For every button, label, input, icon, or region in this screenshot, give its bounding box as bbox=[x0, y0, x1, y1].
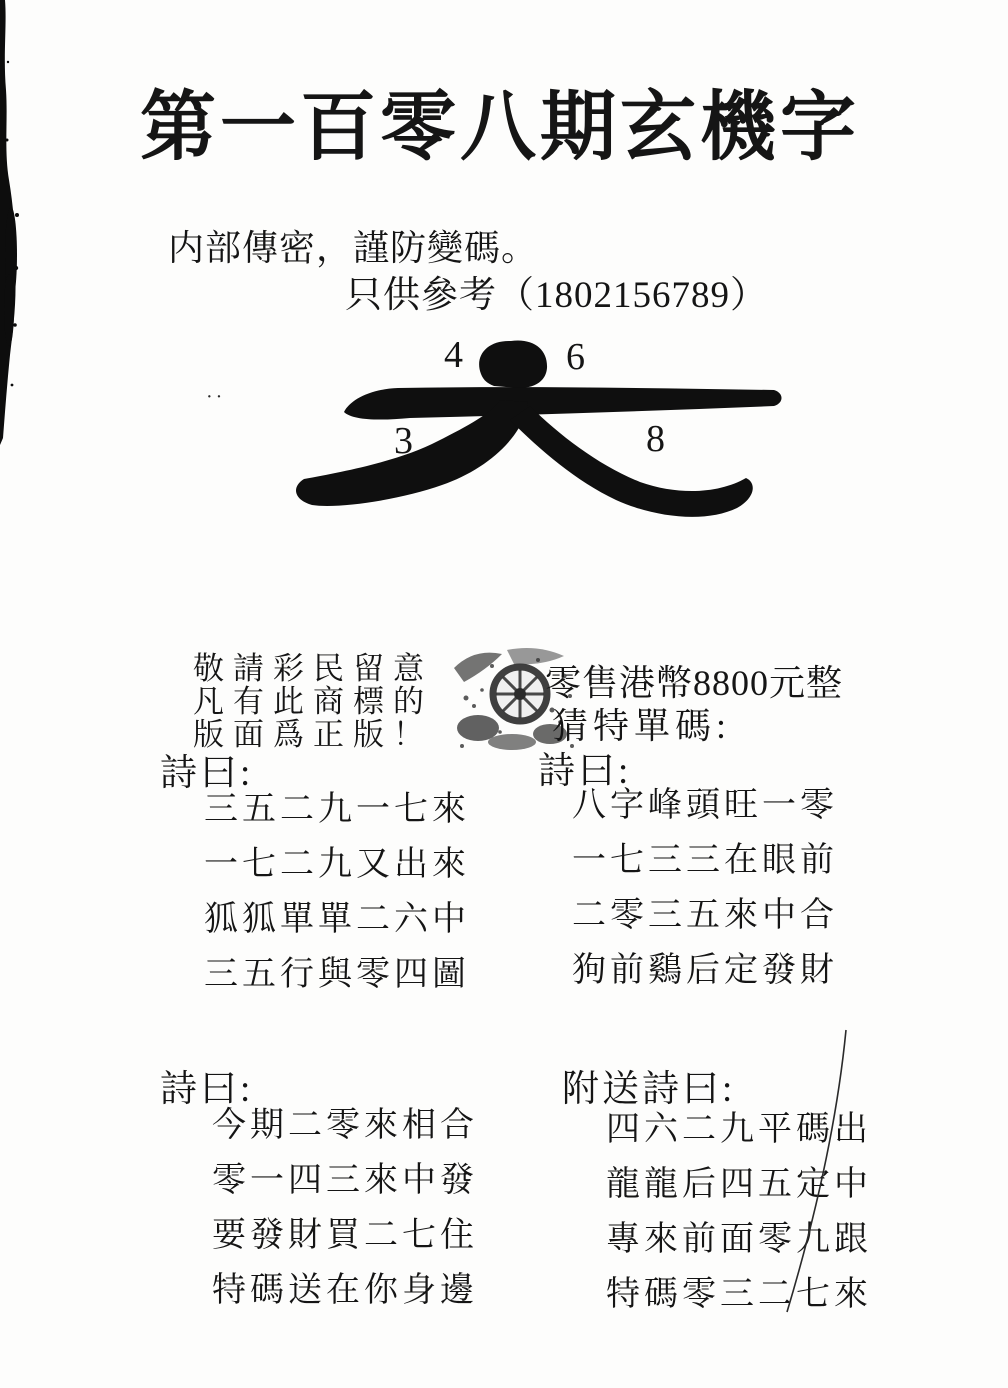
poem-line: 今期二零來相合 bbox=[212, 1098, 478, 1153]
poem-line: 龍龍后四五定中 bbox=[606, 1157, 872, 1212]
poem-line: 專來前面零九跟 bbox=[606, 1212, 872, 1267]
poem-c: 今期二零來相合 零一四三來中發 要發財買二七住 特碼送在你身邊 bbox=[212, 1098, 478, 1318]
notice-line-2: 只供參考（1802156789） bbox=[345, 264, 768, 318]
poem-line: 一七二九又出來 bbox=[204, 837, 470, 892]
poem-line: 八字峰頭旺一零 bbox=[572, 778, 838, 833]
poem-line: 零一四三來中發 bbox=[212, 1153, 478, 1208]
poem-line: 特碼送在你身邊 bbox=[212, 1263, 478, 1318]
trademark-notice-line: 敬請彩民留意 bbox=[193, 652, 433, 685]
trademark-notice-line: 凡有此商標的 bbox=[193, 685, 433, 718]
poem-line: 一七三三在眼前 bbox=[572, 833, 838, 888]
poem-b: 八字峰頭旺一零 一七三三在眼前 二零三五來中合 狗前鷄后定發財 bbox=[572, 778, 838, 998]
hero-character-dai bbox=[278, 332, 798, 532]
poem-line: 四六二九平碼出 bbox=[606, 1102, 872, 1157]
poem-line: 特碼零三二七來 bbox=[606, 1267, 872, 1322]
stray-ink-dots: ·· bbox=[206, 386, 225, 409]
poem-line: 狗前鷄后定發財 bbox=[572, 943, 838, 998]
page-title: 第一百零八期玄機字 bbox=[140, 66, 860, 175]
poem-line: 二零三五來中合 bbox=[572, 888, 838, 943]
poem-line: 三五二九一七來 bbox=[204, 782, 470, 837]
hero-number-bottom-left: 3 bbox=[394, 422, 413, 460]
poem-line: 三五行與零四圖 bbox=[204, 947, 470, 1002]
poem-a: 三五二九一七來 一七二九又出來 狐狐單單二六中 三五行與零四圖 bbox=[204, 782, 470, 1002]
poem-line: 狐狐單單二六中 bbox=[204, 892, 470, 947]
lottery-tip-sheet-page: 第一百零八期玄機字 内部傳密，謹防變碼。 只供參考（1802156789） ··… bbox=[0, 0, 1008, 1388]
hero-number-top-left: 4 bbox=[444, 336, 463, 374]
hero-number-top-right: 6 bbox=[566, 338, 585, 376]
hero-number-bottom-right: 8 bbox=[646, 420, 665, 458]
trademark-notice: 敬請彩民留意 凡有此商標的 版面爲正版！ bbox=[193, 652, 433, 751]
poem-d: 四六二九平碼出 龍龍后四五定中 專來前面零九跟 特碼零三二七來 bbox=[606, 1102, 872, 1322]
poem-line: 要發財買二七住 bbox=[212, 1208, 478, 1263]
scan-edge-artifact bbox=[0, 0, 22, 445]
